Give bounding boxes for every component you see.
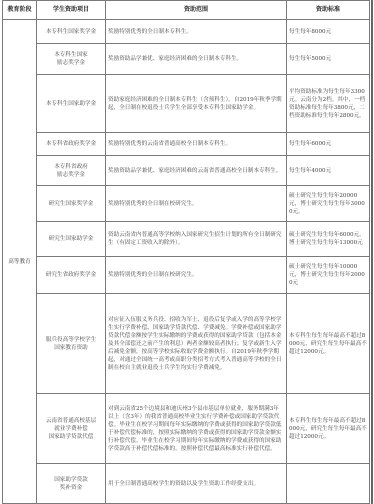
aid-item-line: 就业学费补偿 (39, 425, 103, 433)
aid-scope-cell: 资助云南省内普通高等学校纳入国家研究生招生计划的所有全日制研究生（有固定工资收入… (106, 222, 287, 257)
table-row: 本专科生国家助学金 资助家庭经济困难的全日制本专科生（含预科生）。自2019年秋… (3, 75, 370, 133)
aid-item-line: 奖补资金 (39, 484, 103, 492)
aid-standard-cell: 硕士研究生每生每年6000元，博士研究生每生每年13000元 (287, 222, 370, 257)
table-row: 国家助学贷款 奖补资金 用于全日制普通高校学生的资助以及学生资助工作经费支出。 (3, 464, 370, 501)
aid-standard-cell: 硕士研究生每生每年20000元，博士研究生每生每年30000元。 (287, 186, 370, 222)
aid-standard-cell (287, 464, 370, 501)
aid-standard-cell: 每生每年6000元 (287, 133, 370, 156)
aid-scope-cell: 奖励特别优秀的全日制本专科生。 (106, 20, 287, 44)
header-stage: 教育阶段 (3, 1, 37, 20)
aid-item-cell: 国家助学贷款 奖补资金 (37, 464, 106, 501)
aid-standard-cell: 每生每年4000元 (287, 156, 370, 186)
aid-item-line: 本专科省政府 (39, 163, 103, 171)
aid-scope-cell: 资助家庭经济困难的全日制本专科生（含预科生）。自2019年秋季学期起，全日制在校… (106, 75, 287, 133)
financial-aid-table: 教育阶段 学生资助项目 资助范围 资助标准 高等教育 本专科生国家奖学金 奖励特… (2, 0, 370, 500)
aid-standard-cell: 每生每年8000元 (287, 20, 370, 44)
table-row: 本专科生国家 励志奖学金 奖励资助品学兼优、家庭经济困难的全日制本专科生。 每生… (3, 44, 370, 75)
aid-item-cell: 研究生省政府奖学金 (37, 257, 106, 294)
aid-scope-cell: 奖励特别优秀的云南省普通高校全日制本专科生。 (106, 133, 287, 156)
table-header-row: 教育阶段 学生资助项目 资助范围 资助标准 (3, 1, 370, 20)
header-scope: 资助范围 (106, 1, 287, 20)
aid-item-cell: 本专科省政府奖学金 (37, 133, 106, 156)
aid-item-cell: 云南省普通高校基层 就业学费补偿 国家助学贷款代偿 (37, 394, 106, 464)
table-row: 云南省普通高校基层 就业学费补偿 国家助学贷款代偿 对到云南省25个边境县和迪庆… (3, 394, 370, 464)
aid-item-line: 励志奖学金 (39, 171, 103, 179)
aid-item-cell: 服兵役高等学校学生 国家教育资助 (37, 294, 106, 394)
aid-item-cell: 研究生国家奖学金 (37, 186, 106, 222)
aid-item-cell: 本专科生国家奖学金 (37, 20, 106, 44)
aid-scope-cell: 奖励资助品学兼优、家庭经济困难的全日制本专科生。 (106, 44, 287, 75)
aid-scope-cell: 奖励资助品学兼优、家庭经济困难的云南省普通高校全日制本专科生。 (106, 156, 287, 186)
aid-scope-cell: 对到云南省25个边境县和迪庆州3个县市基层单位就业，服务期满3年以上（含3年）的… (106, 394, 287, 464)
header-standard: 资助标准 (287, 1, 370, 20)
aid-standard-cell: 每生每年5000元 (287, 44, 370, 75)
aid-item-line: 国家助学贷款 (39, 476, 103, 484)
aid-standard-cell: 本专科生每生每年最高不超过8000元，研究生每生每年最高不超过12000元。 (287, 294, 370, 394)
aid-scope-cell: 奖励特别优秀的全日制在校研究生。 (106, 186, 287, 222)
aid-item-line: 云南省普通高校基层 (39, 417, 103, 425)
table-row: 服兵役高等学校学生 国家教育资助 对应征入伍服义务兵役、招收为军士、退役后复学或… (3, 294, 370, 394)
education-stage-cell: 高等教育 (3, 20, 37, 501)
aid-item-line: 服兵役高等学校学生 (39, 336, 103, 344)
aid-item-cell: 研究生国家助学金 (37, 222, 106, 257)
aid-scope-cell: 对应征入伍服义务兵役、招收为军士、退役后复学或入学的高等学校学生实行学费补偿、国… (106, 294, 287, 394)
aid-standard-cell: 硕士研究生每生每年10000元，博士研究生每生每年20000元 (287, 257, 370, 294)
header-item: 学生资助项目 (37, 1, 106, 20)
table-row: 本专科省政府 励志奖学金 奖励资助品学兼优、家庭经济困难的云南省普通高校全日制本… (3, 156, 370, 186)
aid-item-line: 本专科生国家 (39, 51, 103, 59)
financial-aid-table-container: 教育阶段 学生资助项目 资助范围 资助标准 高等教育 本专科生国家奖学金 奖励特… (2, 0, 373, 500)
aid-item-line: 国家教育资助 (39, 344, 103, 352)
table-row: 高等教育 本专科生国家奖学金 奖励特别优秀的全日制本专科生。 每生每年8000元 (3, 20, 370, 44)
aid-item-cell: 本专科生国家助学金 (37, 75, 106, 133)
table-row: 本专科省政府奖学金 奖励特别优秀的云南省普通高校全日制本专科生。 每生每年600… (3, 133, 370, 156)
table-row: 研究生国家助学金 资助云南省内普通高等学校纳入国家研究生招生计划的所有全日制研究… (3, 222, 370, 257)
aid-standard-cell: 平均资助标准为每生每年3300元。云南分为2档。其中，一档资助标准每生每年380… (287, 75, 370, 133)
table-row: 研究生国家奖学金 奖励特别优秀的全日制在校研究生。 硕士研究生每生每年20000… (3, 186, 370, 222)
aid-standard-cell: 本专科生每生每年最高不超过8000元，研究生每生每年最高不超过12000元。 (287, 394, 370, 464)
aid-item-line: 国家助学贷款代偿 (39, 433, 103, 441)
aid-item-cell: 本专科省政府 励志奖学金 (37, 156, 106, 186)
aid-item-cell: 本专科生国家 励志奖学金 (37, 44, 106, 75)
table-row: 研究生省政府奖学金 奖励特别优秀的全日制在校研究生。 硕士研究生每生每年1000… (3, 257, 370, 294)
aid-scope-cell: 用于全日制普通高校学生的资助以及学生资助工作经费支出。 (106, 464, 287, 501)
aid-item-line: 励志奖学金 (39, 59, 103, 67)
aid-scope-cell: 奖励特别优秀的全日制在校研究生。 (106, 257, 287, 294)
